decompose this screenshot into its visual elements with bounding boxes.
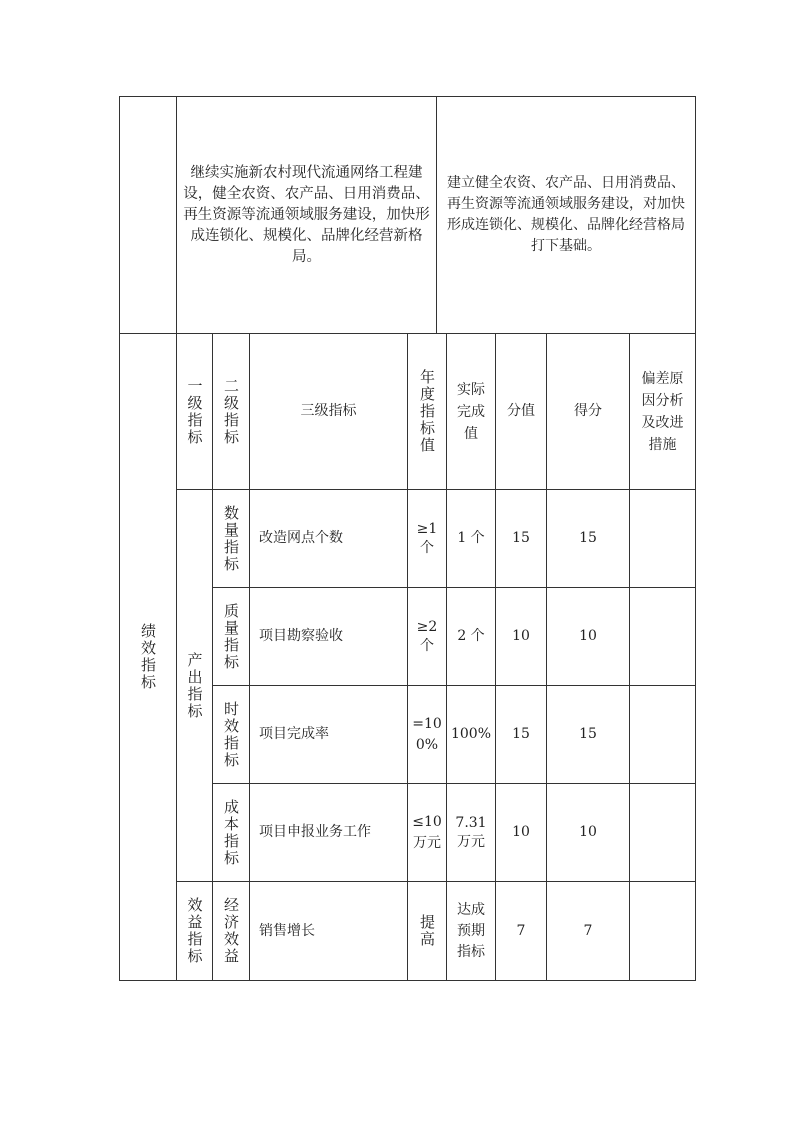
target-value: ≥1个 <box>411 520 443 558</box>
level3-cell: 项目申报业务工作 <box>250 784 407 881</box>
header-level2-label: 二级指标 <box>221 378 241 446</box>
level2-label: 质量指标 <box>221 603 241 671</box>
level3-cell: 项目完成率 <box>250 686 407 783</box>
target-cell: 提高 <box>408 882 446 980</box>
level3-cell: 项目勘察验收 <box>250 588 407 685</box>
level2-cell: 成本指标 <box>213 784 249 881</box>
score-value: 10 <box>579 823 597 842</box>
target-cell: ≤10万元 <box>408 784 446 881</box>
group-benefit-indicators: 效益指标 <box>177 882 212 980</box>
actual-value: 100% <box>451 725 491 744</box>
result-text-cell: 建立健全农资、农产品、日用消费品、再生资源等流通领域服务建设，对加快形成连锁化、… <box>437 97 695 333</box>
result-text: 建立健全农资、农产品、日用消费品、再生资源等流通领域服务建设，对加快形成连锁化、… <box>443 173 689 257</box>
header-level1: 一级指标 <box>177 334 212 489</box>
target-value: ≥2个 <box>411 618 443 656</box>
actual-cell: 达成预期指标 <box>447 882 495 980</box>
header-weight-label: 分值 <box>507 402 535 421</box>
header-deviation: 偏差原因分析及改进措施 <box>630 334 695 489</box>
header-level1-label: 一级指标 <box>185 378 205 446</box>
header-annual-target: 年度指标值 <box>408 334 446 489</box>
goal-text: 继续实施新农村现代流通网络工程建设，健全农资、农产品、日用消费品、再生资源等流通… <box>183 163 430 268</box>
level3-cell: 销售增长 <box>250 882 407 980</box>
level2-cell: 质量指标 <box>213 588 249 685</box>
weight-cell: 10 <box>496 588 546 685</box>
weight-cell: 10 <box>496 784 546 881</box>
score-cell: 15 <box>547 490 629 587</box>
header-level3: 三级指标 <box>250 334 407 489</box>
actual-cell: 1 个 <box>447 490 495 587</box>
weight-value: 10 <box>512 823 530 842</box>
level2-cell: 经济效益 <box>213 882 249 980</box>
target-cell: ≥1个 <box>408 490 446 587</box>
level2-cell: 数量指标 <box>213 490 249 587</box>
score-cell: 10 <box>547 784 629 881</box>
level2-label: 经济效益 <box>221 897 241 965</box>
weight-cell: 15 <box>496 490 546 587</box>
level2-cell: 时效指标 <box>213 686 249 783</box>
deviation-cell <box>630 490 695 587</box>
weight-value: 15 <box>512 529 530 548</box>
group-label: 产出指标 <box>185 652 205 720</box>
header-score-label: 得分 <box>574 402 602 421</box>
actual-value: 达成预期指标 <box>452 900 490 963</box>
deviation-cell <box>630 784 695 881</box>
group-label: 效益指标 <box>185 897 205 965</box>
score-cell: 7 <box>547 882 629 980</box>
level2-label: 成本指标 <box>221 799 241 867</box>
deviation-cell <box>630 882 695 980</box>
actual-value: 1 个 <box>457 529 484 548</box>
score-value: 15 <box>579 725 597 744</box>
goal-text-cell: 继续实施新农村现代流通网络工程建设，健全农资、农产品、日用消费品、再生资源等流通… <box>177 97 436 333</box>
header-score: 得分 <box>547 334 629 489</box>
level3-label: 项目完成率 <box>259 725 329 744</box>
score-value: 15 <box>579 529 597 548</box>
header-level3-label: 三级指标 <box>301 402 357 421</box>
level3-label: 项目勘察验收 <box>259 627 343 646</box>
score-cell: 10 <box>547 588 629 685</box>
section-label-cell: 绩效指标 <box>120 334 176 980</box>
actual-cell: 7.31万元 <box>447 784 495 881</box>
level3-label: 改造网点个数 <box>259 529 343 548</box>
header-weight: 分值 <box>496 334 546 489</box>
group-output-indicators: 产出指标 <box>177 490 212 881</box>
score-value: 7 <box>584 922 593 941</box>
table-border-right <box>695 96 696 981</box>
target-cell: =100% <box>408 686 446 783</box>
actual-value: 7.31万元 <box>452 814 490 852</box>
actual-cell: 100% <box>447 686 495 783</box>
header-actual-label: 实际完成值 <box>452 379 490 445</box>
actual-cell: 2 个 <box>447 588 495 685</box>
level3-label: 项目申报业务工作 <box>259 823 371 842</box>
actual-value: 2 个 <box>457 627 484 646</box>
level3-cell: 改造网点个数 <box>250 490 407 587</box>
section-label: 绩效指标 <box>138 623 158 691</box>
score-cell: 15 <box>547 686 629 783</box>
header-deviation-label: 偏差原因分析及改进措施 <box>637 368 688 456</box>
weight-value: 15 <box>512 725 530 744</box>
header-actual: 实际完成值 <box>447 334 495 489</box>
deviation-cell <box>630 686 695 783</box>
weight-value: 7 <box>517 922 526 941</box>
target-value: ≤10万元 <box>412 812 442 854</box>
deviation-cell <box>630 588 695 685</box>
score-value: 10 <box>579 627 597 646</box>
level3-label: 销售增长 <box>259 922 315 941</box>
level2-label: 时效指标 <box>221 701 241 769</box>
target-value: =100% <box>411 714 443 756</box>
target-cell: ≥2个 <box>408 588 446 685</box>
header-level2: 二级指标 <box>213 334 249 489</box>
weight-cell: 15 <box>496 686 546 783</box>
weight-value: 10 <box>512 627 530 646</box>
level2-label: 数量指标 <box>221 505 241 573</box>
header-annual-target-label: 年度指标值 <box>417 369 437 454</box>
weight-cell: 7 <box>496 882 546 980</box>
target-value: 提高 <box>417 914 437 948</box>
